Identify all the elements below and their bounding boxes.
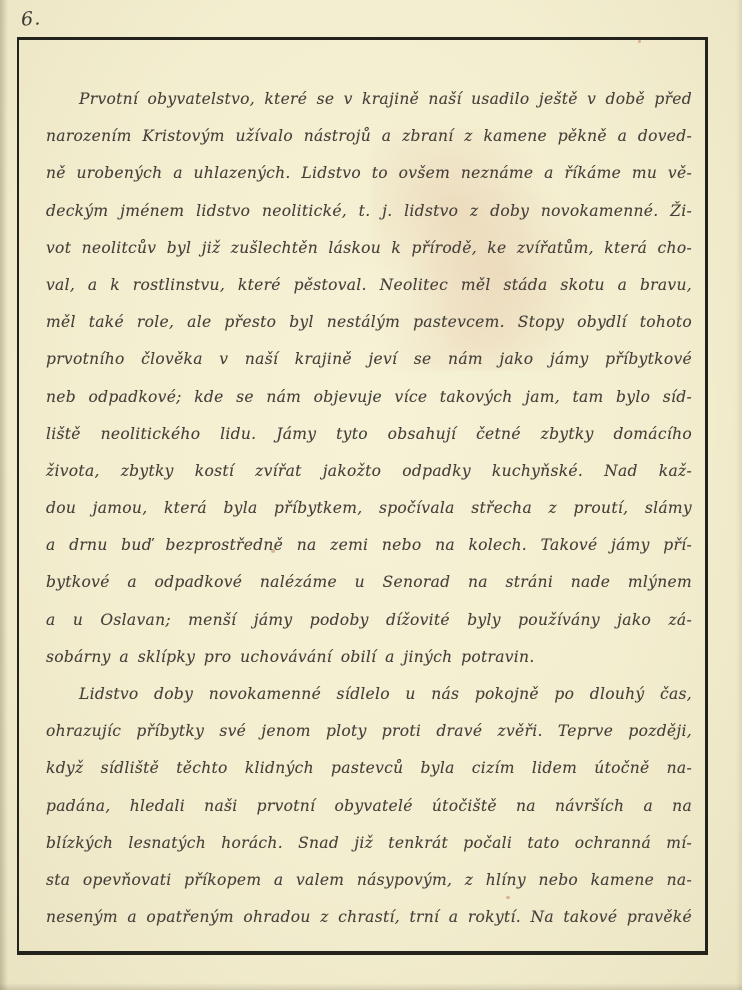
text-line: měl také role, ale přesto byl nestálým p… [46,304,692,341]
text-line: ně urobených a uhlazených. Lidstvo to ov… [46,155,692,192]
text-line: ohrazujíc příbytky své jenom ploty proti… [46,713,692,750]
text-line: narozením Kristovým užívalo nástrojů a z… [46,118,692,155]
page-border-frame: Prvotní obyvatelstvo, které se v krajině… [17,37,708,955]
text-line: neb odpadkové; kde se nám objevuje více … [46,379,692,416]
text-line: života, zbytky kostí zvířat jakožto odpa… [46,453,692,490]
text-line: a u Oslavan; menší jámy podoby dížovité … [46,602,692,639]
text-line: sobárny a sklípky pro uchovávání obilí a… [46,639,692,676]
text-line: neseným a opatřeným ohradou z chrastí, t… [46,899,692,936]
text-line: vot neolitcův byl již zušlechtěn láskou … [46,230,692,267]
manuscript-text-block: Prvotní obyvatelstvo, které se v krajině… [46,81,692,936]
text-line: deckým jménem lidstvo neolitické, t. j. … [46,193,692,230]
text-line: bytkové a odpadkové nalézáme u Senorad n… [46,564,692,601]
page-number: 6. [20,7,42,30]
text-line: val, a k rostlinstvu, které pěstoval. Ne… [46,267,692,304]
text-line: prvotního člověka v naší krajině jeví se… [46,341,692,378]
text-line: padána, hledali naši prvotní obyvatelé ú… [46,788,692,825]
text-line: Prvotní obyvatelstvo, které se v krajině… [46,81,692,118]
text-line: liště neolitického lidu. Jámy tyto obsah… [46,416,692,453]
text-line: dou jamou, která byla příbytkem, spočíva… [46,490,692,527]
paper-speck [638,40,641,43]
text-line: blízkých lesnatých horách. Snad již tenk… [46,825,692,862]
scanned-manuscript-page: 6. Prvotní obyvatelstvo, které se v kraj… [0,0,742,990]
text-line: sta opevňovati příkopem a valem násypový… [46,862,692,899]
text-line: a drnu buď bezprostředně na zemi nebo na… [46,527,692,564]
text-line: když sídliště těchto klidných pastevců b… [46,750,692,787]
paper-speck [271,549,275,553]
paper-speck [506,896,510,899]
text-line: Lidstvo doby novokamenné sídlelo u nás p… [46,676,692,713]
